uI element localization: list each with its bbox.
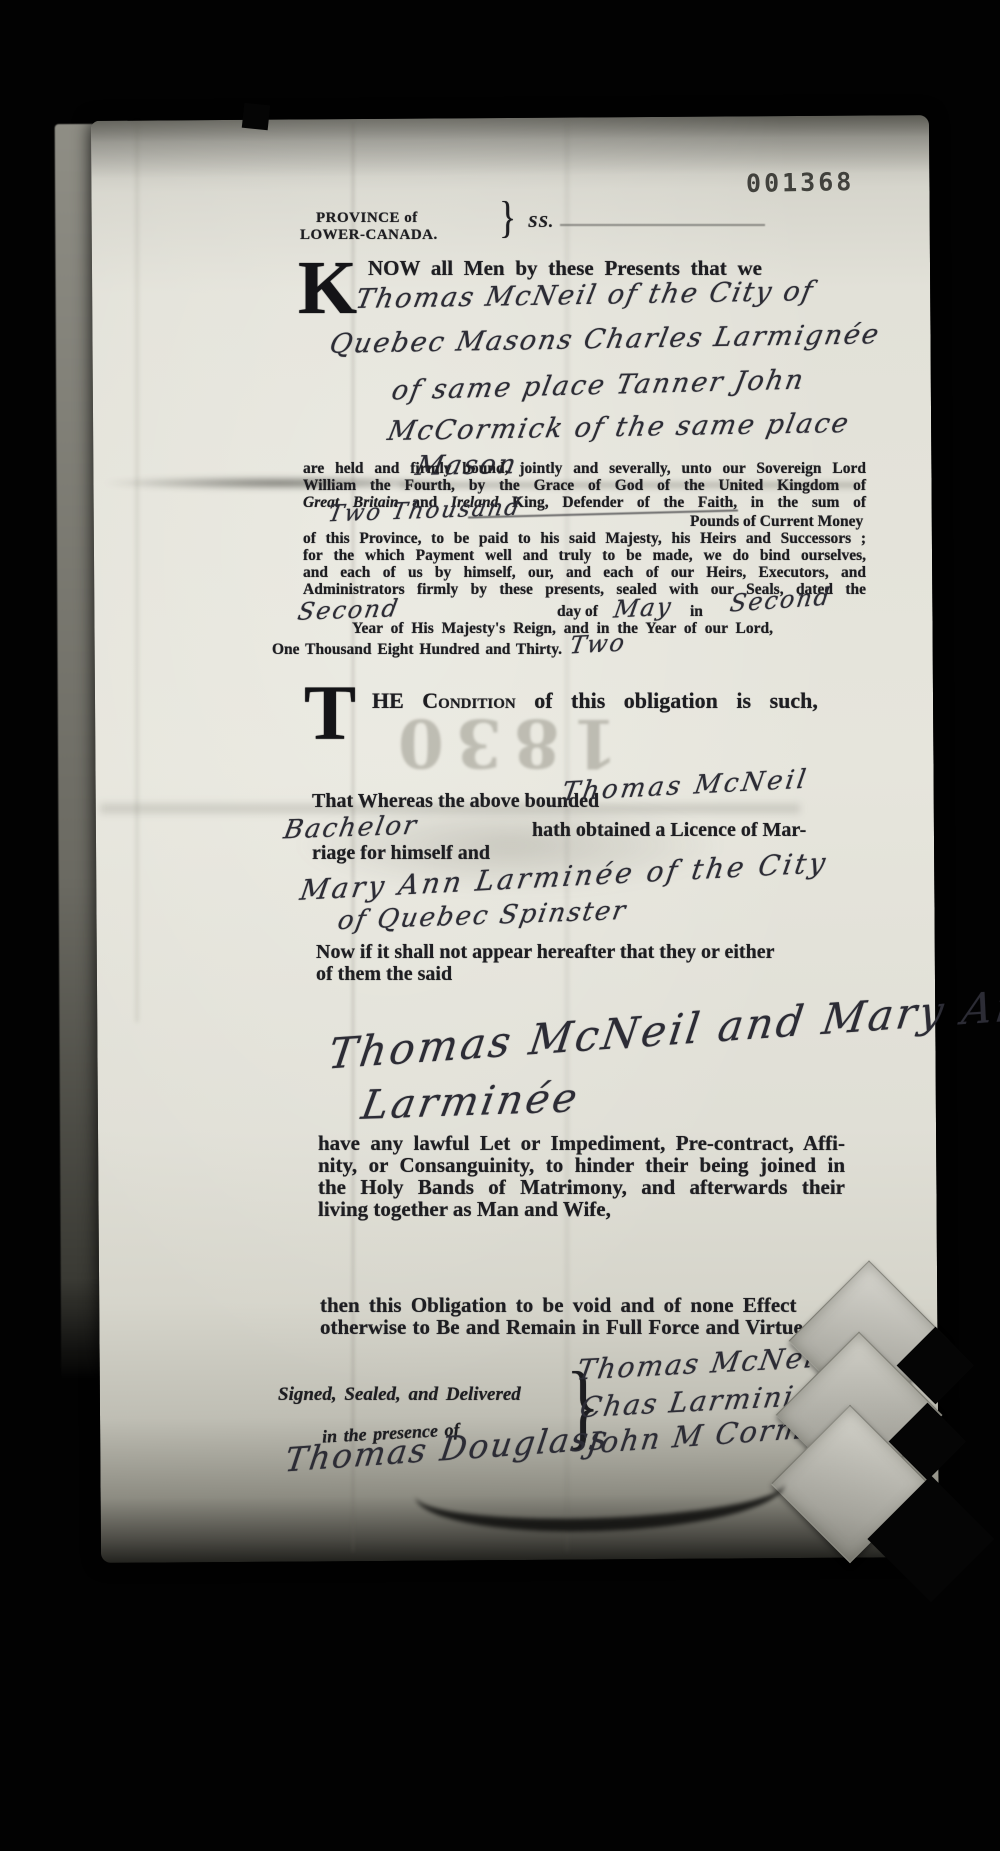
- year-line: One Thousand Eight Hundred and Thirty.: [272, 642, 562, 658]
- bond-line: William the Fourth, by the Grace of God …: [303, 478, 866, 494]
- scanned-document-page: 1830 001368 PROVINCE of LOWER-CANADA. } …: [0, 0, 1000, 1851]
- province-line1: PROVINCE of: [316, 211, 418, 226]
- condition-suffix: of this obligation is such,: [516, 688, 818, 713]
- condition-prefix: HE: [372, 688, 422, 713]
- obligation-line: then this Obligation to be void and of n…: [320, 1295, 796, 1316]
- stamp-number: 001368: [746, 167, 855, 198]
- bleedthrough-year: 1830: [386, 704, 618, 782]
- regnal-line: Year of His Majesty's Reign, and in the …: [352, 621, 773, 637]
- impediment-line: have any lawful Let or Impediment, Pre-c…: [318, 1133, 845, 1154]
- bond-line-rest: King, Defender of the Faith, in the sum …: [498, 494, 866, 511]
- handwritten-regnal-year: Second: [728, 584, 833, 615]
- handwritten-month: May: [612, 594, 674, 621]
- condition-line: HE Condition of this obligation is such,: [372, 690, 818, 712]
- signed-sealed-label: Signed, Sealed, and Delivered: [278, 1385, 521, 1404]
- impediment-line: nity, or Consanguinity, to hinder their …: [318, 1155, 845, 1176]
- condition-word: Condition: [422, 688, 515, 713]
- whereas-line: Now if it shall not appear hereafter tha…: [316, 942, 774, 962]
- ss-label: SS.: [528, 213, 554, 230]
- bond-line: of this Province, to be paid to his said…: [303, 531, 866, 547]
- dropcap-t: T: [304, 680, 356, 746]
- whereas-line: hath obtained a Licence of Mar-: [532, 820, 806, 840]
- heading-brace: }: [499, 196, 516, 240]
- whereas-line: of them the said: [316, 964, 452, 984]
- dropcap-k: K: [298, 256, 357, 321]
- pounds-line: Pounds of Current Money: [690, 514, 863, 530]
- day-of-label: day of: [557, 604, 598, 620]
- bond-line: are held and firmly bound, jointly and s…: [303, 461, 866, 477]
- bond-line: for the which Payment well and truly to …: [303, 548, 866, 564]
- opening-line: NOW all Men by these Presents that we: [368, 258, 762, 279]
- handwritten-couple-surname: Larminée: [359, 1078, 583, 1126]
- province-line2: LOWER-CANADA.: [300, 228, 438, 243]
- whereas-line: riage for himself and: [312, 843, 490, 863]
- bond-line: and each of us by himself, our, and each…: [303, 565, 866, 581]
- handwritten-status: Bachelor: [282, 813, 420, 844]
- impediment-line: living together as Man and Wife,: [318, 1199, 611, 1220]
- handwritten-year-word: Two: [568, 630, 628, 657]
- whereas-line: That Whereas the above bounded: [312, 791, 599, 811]
- in-label: in: [690, 604, 703, 620]
- handwritten-party-line: Thomas McNeil of the City of: [353, 278, 816, 313]
- handwritten-party-line: McCormick of the same place: [385, 410, 852, 445]
- obligation-line: otherwise to Be and Remain in Full Force…: [320, 1317, 803, 1338]
- impediment-line: the Holy Bands of Matrimony, and afterwa…: [318, 1177, 845, 1198]
